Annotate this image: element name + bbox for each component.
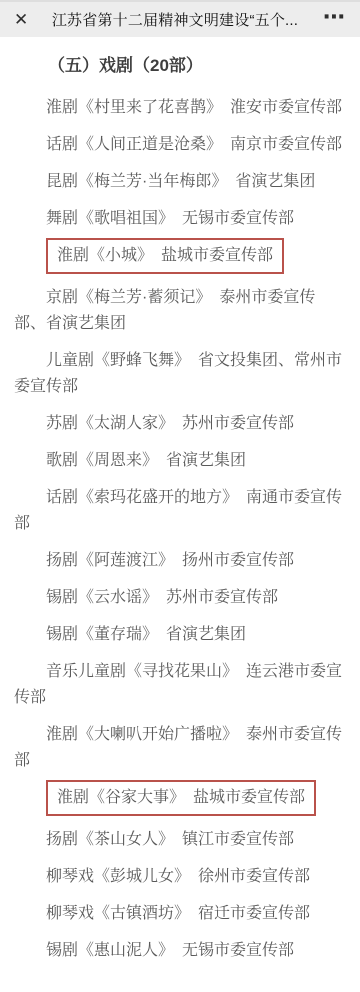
item-text: 锡剧《董存瑞》 省演艺集团 (46, 626, 246, 643)
list-item: 淮剧《大喇叭开始广播啦》 泰州市委宣传部 (14, 722, 346, 774)
item-text: 苏剧《太湖人家》 苏州市委宣传部 (46, 415, 294, 432)
list-item: 昆剧《梅兰芳·当年梅郎》 省演艺集团 (14, 169, 346, 195)
item-text: 话剧《人间正道是沧桑》 南京市委宣传部 (46, 136, 342, 153)
section-heading: （五）戏剧（20部） (14, 53, 346, 79)
list-item: 歌剧《周恩来》 省演艺集团 (14, 448, 346, 474)
list-item: 锡剧《云水谣》 苏州市委宣传部 (14, 585, 346, 611)
close-icon[interactable]: ✕ (0, 11, 42, 28)
item-text: 淮剧《大喇叭开始广播啦》 泰州市委宣传部 (14, 726, 342, 769)
item-text: 锡剧《惠山泥人》 无锡市委宣传部 (46, 942, 294, 959)
highlight-box: 淮剧《谷家大事》 盐城市委宣传部 (46, 780, 316, 816)
list-item: 扬剧《茶山女人》 镇江市委宣传部 (14, 827, 346, 853)
list-item: 音乐儿童剧《寻找花果山》 连云港市委宣传部 (14, 659, 346, 711)
item-text: 柳琴戏《古镇酒坊》 宿迁市委宣传部 (46, 905, 310, 922)
item-text: 扬剧《茶山女人》 镇江市委宣传部 (46, 831, 294, 848)
drama-list: 淮剧《村里来了花喜鹊》 淮安市委宣传部话剧《人间正道是沧桑》 南京市委宣传部昆剧… (14, 95, 346, 964)
list-item: 淮剧《村里来了花喜鹊》 淮安市委宣传部 (14, 95, 346, 121)
list-item: 儿童剧《野蜂飞舞》 省文投集团、常州市委宣传部 (14, 348, 346, 400)
list-item: 柳琴戏《彭城儿女》 徐州市委宣传部 (14, 864, 346, 890)
item-text: 京剧《梅兰芳·蓄须记》 泰州市委宣传部、省演艺集团 (14, 289, 315, 332)
article-body: （五）戏剧（20部） 淮剧《村里来了花喜鹊》 淮安市委宣传部话剧《人间正道是沧桑… (0, 37, 360, 992)
item-text: 话剧《索玛花盛开的地方》 南通市委宣传部 (14, 489, 342, 532)
list-item: 京剧《梅兰芳·蓄须记》 泰州市委宣传部、省演艺集团 (14, 285, 346, 337)
list-item: 淮剧《小城》 盐城市委宣传部 (14, 243, 346, 269)
item-text: 扬剧《阿莲渡江》 扬州市委宣传部 (46, 552, 294, 569)
more-menu-icon[interactable]: ⋯ (308, 6, 360, 34)
list-item: 舞剧《歌唱祖国》 无锡市委宣传部 (14, 206, 346, 232)
list-item: 扬剧《阿莲渡江》 扬州市委宣传部 (14, 548, 346, 574)
list-item: 淮剧《谷家大事》 盐城市委宣传部 (14, 785, 346, 811)
item-text: 歌剧《周恩来》 省演艺集团 (46, 452, 246, 469)
list-item: 柳琴戏《古镇酒坊》 宿迁市委宣传部 (14, 901, 346, 927)
item-text: 锡剧《云水谣》 苏州市委宣传部 (46, 589, 278, 606)
item-text: 音乐儿童剧《寻找花果山》 连云港市委宣传部 (14, 663, 342, 706)
list-item: 苏剧《太湖人家》 苏州市委宣传部 (14, 411, 346, 437)
item-text: 柳琴戏《彭城儿女》 徐州市委宣传部 (46, 868, 310, 885)
highlight-box: 淮剧《小城》 盐城市委宣传部 (46, 238, 284, 274)
item-text: 淮剧《村里来了花喜鹊》 淮安市委宣传部 (46, 99, 342, 116)
item-text: 昆剧《梅兰芳·当年梅郎》 省演艺集团 (46, 173, 315, 190)
app-header: ✕ 江苏省第十二届精神文明建设“五个... ⋯ (0, 0, 360, 37)
list-item: 锡剧《董存瑞》 省演艺集团 (14, 622, 346, 648)
list-item: 话剧《索玛花盛开的地方》 南通市委宣传部 (14, 485, 346, 537)
item-text: 舞剧《歌唱祖国》 无锡市委宣传部 (46, 210, 294, 227)
item-text: 儿童剧《野蜂飞舞》 省文投集团、常州市委宣传部 (14, 352, 342, 395)
list-item: 话剧《人间正道是沧桑》 南京市委宣传部 (14, 132, 346, 158)
article-title: 江苏省第十二届精神文明建设“五个... (42, 9, 308, 30)
list-item: 锡剧《惠山泥人》 无锡市委宣传部 (14, 938, 346, 964)
